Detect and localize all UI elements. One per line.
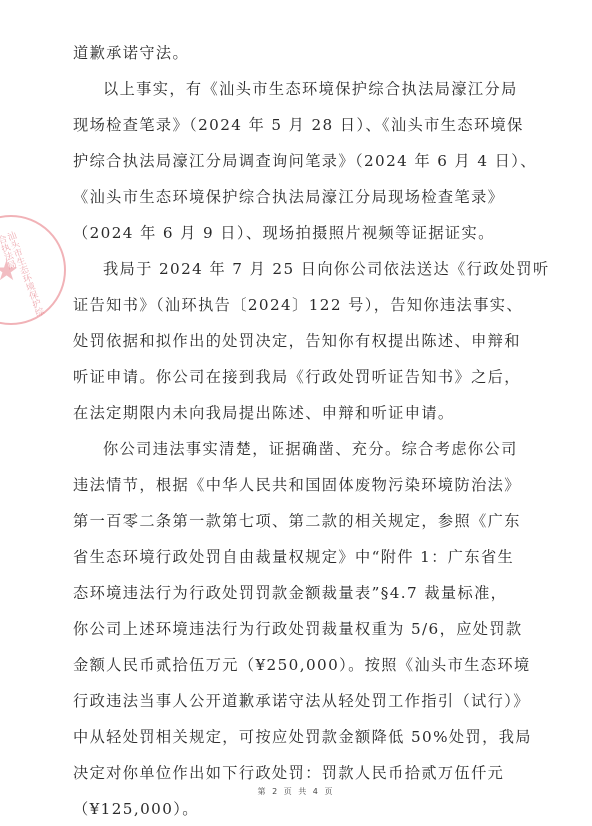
- text-line: 态环境违法行为行政处罚罚款金额裁量表”§4.7 裁量标准，: [73, 583, 507, 603]
- document-page: ★ 汕头市生态环境保护综合执法局 道歉承诺守法。以上事实，有《汕头市生态环境保护…: [0, 0, 592, 826]
- text-line: 你公司上述环境违法行为行政处罚裁量权重为 5/6，应处罚款: [73, 619, 523, 639]
- text-line: 以上事实，有《汕头市生态环境保护综合执法局濠江分局: [103, 79, 518, 99]
- text-line: 你公司违法事实清楚，证据确凿、充分。综合考虑你公司: [103, 439, 518, 459]
- text-line: 现场检查笔录》（2024 年 5 月 28 日）、《汕头市生态环境保: [73, 115, 524, 135]
- text-line: 《汕头市生态环境保护综合执法局濠江分局现场检查笔录》: [73, 187, 504, 207]
- text-line: 在法定期限内未向我局提出陈述、申辩和听证申请。: [73, 403, 455, 423]
- text-line: 省生态环境行政处罚自由裁量权规定》中“附件 1：广东省生: [73, 547, 514, 567]
- official-seal: ★ 汕头市生态环境保护综合执法局: [0, 215, 66, 325]
- text-line: 违法情节，根据《中华人民共和国固体废物污染环境防治法》: [73, 475, 521, 495]
- text-line: 护综合执法局濠江分局调查询问笔录》（2024 年 6 月 4 日）、: [73, 151, 537, 171]
- text-line: 第一百零二条第一款第七项、第二款的相关规定，参照《广东: [73, 511, 521, 531]
- text-line: 听证申请。你公司在接到我局《行政处罚听证告知书》之后，: [73, 367, 521, 387]
- text-line: 证告知书》（汕环执告〔2024〕122 号），告知你违法事实、: [73, 295, 523, 315]
- text-line: 决定对你单位作出如下行政处罚：罚款人民币拾贰万伍仟元: [73, 763, 504, 783]
- text-line: 处罚依据和拟作出的处罚决定，告知你有权提出陈述、申辩和: [73, 331, 521, 351]
- text-line: （2024 年 6 月 9 日）、现场拍摄照片视频等证据证实。: [73, 223, 495, 243]
- text-line: （¥125,000）。: [73, 799, 199, 819]
- text-line: 道歉承诺守法。: [73, 43, 189, 63]
- text-line: 我局于 2024 年 7 月 25 日向你公司依法送达《行政处罚听: [103, 259, 550, 279]
- text-line: 行政违法当事人公开道歉承诺守法从轻处罚工作指引（试行）》: [73, 691, 530, 711]
- text-line: 金额人民币贰拾伍万元（¥250,000）。按照《汕头市生态环境: [73, 655, 531, 675]
- text-line: 中从轻处罚相关规定，可按应处罚款金额降低 50%处罚，我局: [73, 727, 532, 747]
- page-number: 第 2 页 共 4 页: [0, 786, 592, 797]
